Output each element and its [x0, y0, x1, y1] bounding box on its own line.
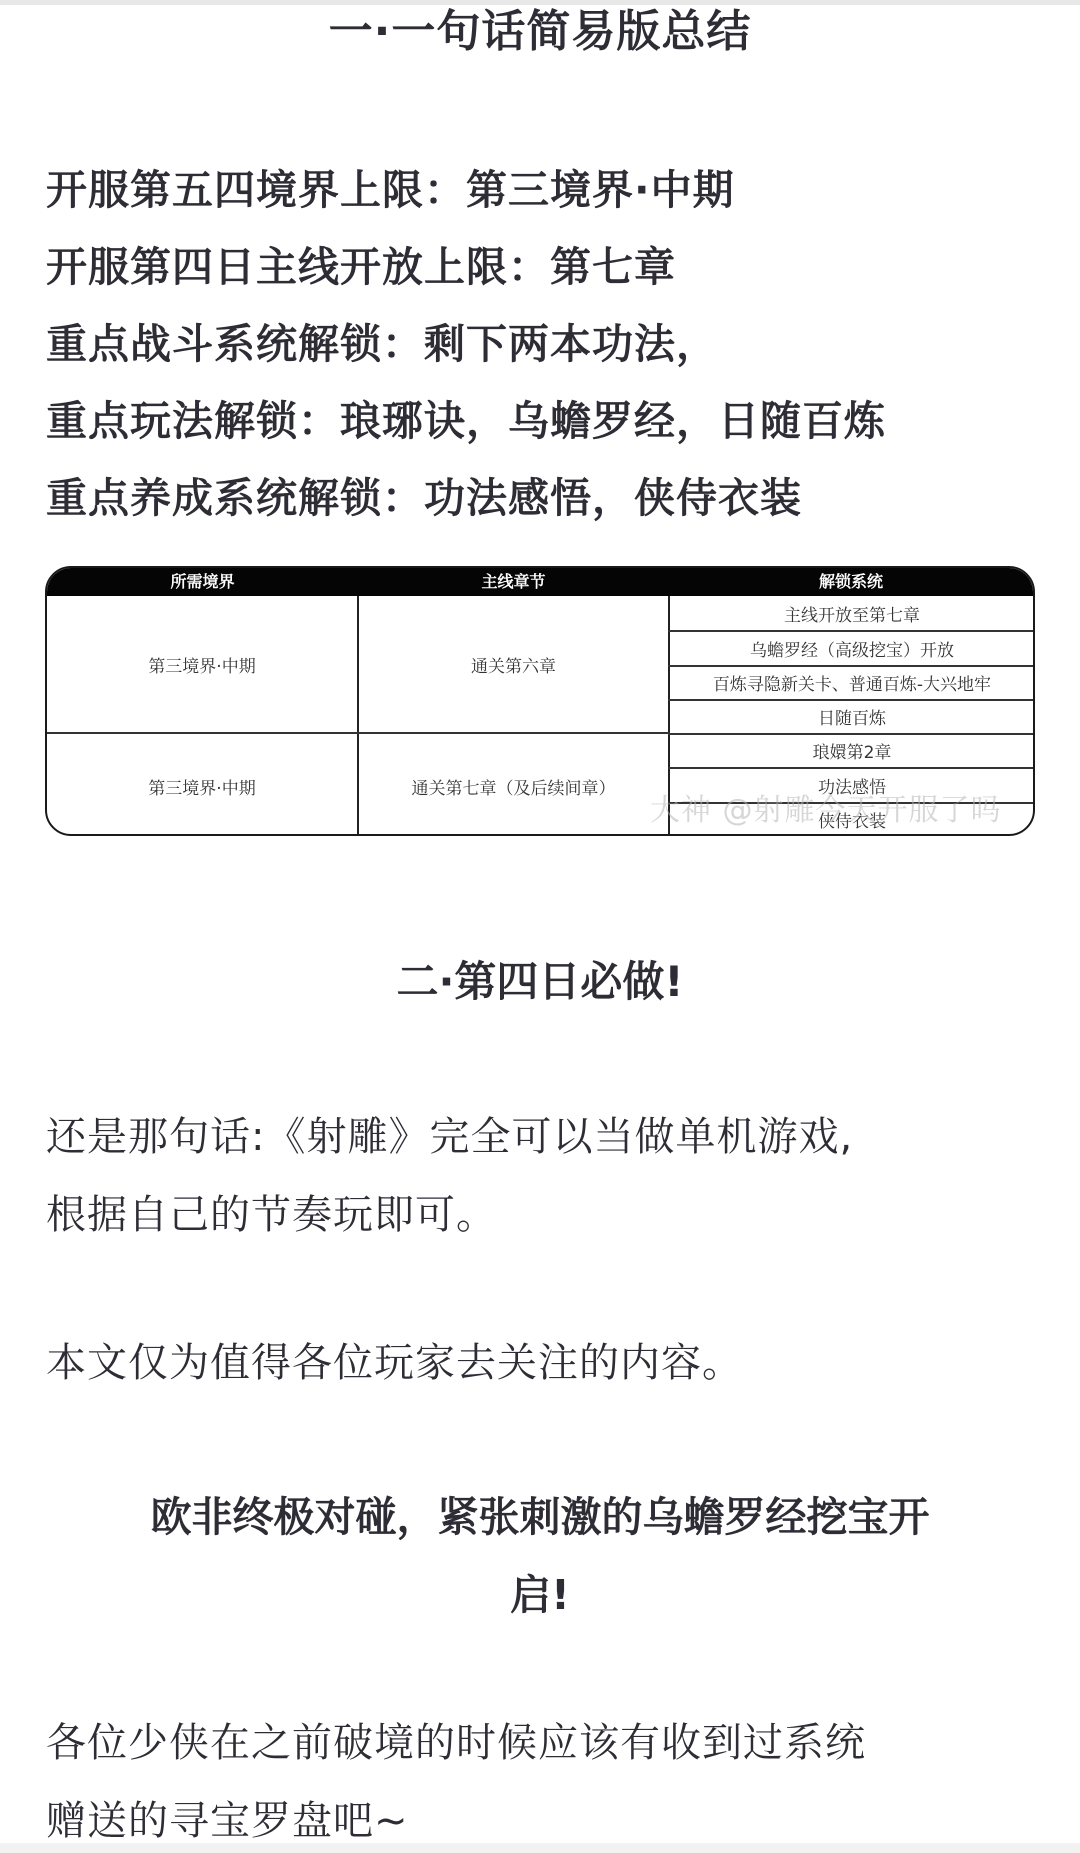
- paragraph-line: 各位少侠在之前破境的时候应该有收到过系统: [46, 1704, 866, 1782]
- header-unlocks: 解锁系统: [669, 568, 1033, 596]
- table-cell-unlock: 百炼寻隐新关卡、普通百炼-大兴地牢: [670, 666, 1034, 699]
- section-1-title: 一·一句话简易版总结: [0, 2, 1080, 62]
- table-cell-unlock: 琅嬛第2章: [670, 734, 1034, 767]
- header-realm: 所需境界: [47, 568, 358, 596]
- paragraph-line: 根据自己的节奏玩即可。: [46, 1176, 497, 1254]
- highlight-heading: 欧非终极对碰，紧张刺激的乌蟾罗经挖宝开: [0, 1478, 1080, 1556]
- watermark: 大神 @射雕今天开服了吗: [650, 785, 1002, 829]
- table-cell-unlock: 日随百炼: [670, 700, 1034, 733]
- paragraph-line: 本文仅为值得各位玩家去关注的内容。: [46, 1324, 743, 1402]
- summary-list: 开服第五四境界上限：第三境界·中期 开服第四日主线开放上限：第七章 重点战斗系统…: [46, 152, 886, 537]
- table-cell-chapter: 通关第六章: [359, 596, 668, 732]
- table-cell-unlock: 乌蟾罗经（高级挖宝）开放: [670, 631, 1034, 665]
- header-chapter: 主线章节: [358, 568, 669, 596]
- summary-line: 开服第四日主线开放上限：第七章: [46, 229, 886, 306]
- table-cell-realm: 第三境界·中期: [47, 734, 357, 836]
- highlight-heading: 启!: [0, 1556, 1080, 1634]
- table-cell-realm: 第三境界·中期: [47, 596, 357, 732]
- table-cell-unlock: 主线开放至第七章: [670, 596, 1034, 630]
- table-header: 所需境界 主线章节 解锁系统: [47, 568, 1033, 596]
- paragraph-line: 还是那句话:《射雕》完全可以当做单机游戏,: [46, 1098, 853, 1176]
- bottom-edge: [0, 1843, 1080, 1853]
- summary-line: 重点养成系统解锁：功法感悟，侠侍衣装: [46, 460, 886, 537]
- table-cell-chapter: 通关第七章（及后续间章）: [359, 734, 668, 836]
- section-2-title: 二·第四日必做!: [0, 952, 1080, 1012]
- summary-line: 重点玩法解锁：琅琊诀，乌蟾罗经，日随百炼: [46, 383, 886, 460]
- summary-line: 开服第五四境界上限：第三境界·中期: [46, 152, 886, 229]
- summary-line: 重点战斗系统解锁：剩下两本功法，: [46, 306, 886, 383]
